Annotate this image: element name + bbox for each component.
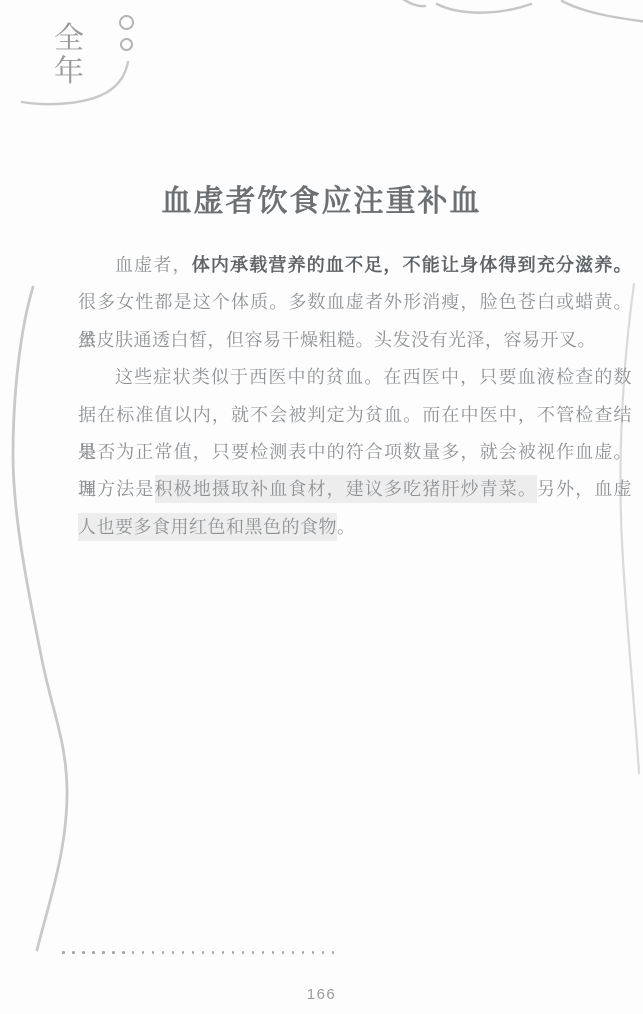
divider-dot xyxy=(112,951,115,954)
divider-dot xyxy=(222,951,225,954)
divider-dot xyxy=(242,951,245,954)
divider-dot xyxy=(292,951,295,954)
text-line: 是否为正常值，只要检测表中的符合项数量多，就会被视作血虚。调 xyxy=(78,434,632,471)
article-body: 血虚者，体内承载营养的血不足，不能让身体得到充分滋养。很多女性都是这个体质。多数… xyxy=(78,247,632,546)
paragraph: 这些症状类似于西医中的贫血。在西医中，只要血液检查的数据在标准值以内，就不会被判… xyxy=(78,359,632,546)
dotted-divider xyxy=(62,951,334,954)
divider-dot xyxy=(152,951,155,954)
divider-dot xyxy=(332,951,335,954)
text-line: 很多女性都是这个体质。多数血虚者外形消瘦，脸色苍白或蜡黄。虽 xyxy=(78,284,632,321)
divider-dot xyxy=(212,951,215,954)
left-decorative-curve xyxy=(13,287,67,950)
text-segment-highlight: 积极地摄取补血食材，建议多吃猪肝炒青菜。 xyxy=(155,475,538,503)
season-corner-label: 全年 xyxy=(54,22,88,88)
divider-dot xyxy=(262,951,265,954)
page-number: 166 xyxy=(0,986,643,1003)
text-segment-highlight: 人也要多食用红色和黑色的食物 xyxy=(78,513,337,541)
divider-dot xyxy=(92,951,95,954)
divider-dot xyxy=(162,951,165,954)
text-line: 据在标准值以内，就不会被判定为贫血。而在中医中，不管检查结果 xyxy=(78,397,632,434)
text-line: 血虚者，体内承载营养的血不足，不能让身体得到充分滋养。 xyxy=(78,247,632,284)
divider-dot xyxy=(142,951,145,954)
decorative-ring-icon xyxy=(120,38,133,51)
divider-dot xyxy=(202,951,205,954)
page-title: 血虚者饮食应注重补血 xyxy=(0,176,643,220)
book-page: 全年 血虚者饮食应注重补血 血虚者，体内承载营养的血不足，不能让身体得到充分滋养… xyxy=(0,0,643,1014)
divider-dot xyxy=(82,951,85,954)
decorative-ring-icon xyxy=(119,15,134,30)
paragraph: 血虚者，体内承载营养的血不足，不能让身体得到充分滋养。很多女性都是这个体质。多数… xyxy=(78,247,632,359)
text-line: 然皮肤通透白皙，但容易干燥粗糙。头发没有光泽，容易开叉。 xyxy=(78,322,632,359)
divider-dot xyxy=(252,951,255,954)
top-border-arc-left xyxy=(437,4,531,13)
text-segment-normal: 血虚者， xyxy=(115,255,192,275)
divider-dot xyxy=(72,951,75,954)
divider-dot xyxy=(272,951,275,954)
text-segment-normal: 理方法是 xyxy=(78,479,155,499)
divider-dot xyxy=(122,951,125,954)
divider-dot xyxy=(312,951,315,954)
divider-dot xyxy=(192,951,195,954)
top-border-arc-right xyxy=(562,1,643,22)
divider-dot xyxy=(282,951,285,954)
top-border-arc-tail xyxy=(396,0,425,6)
text-line: 这些症状类似于西医中的贫血。在西医中，只要血液检查的数 xyxy=(78,359,632,396)
divider-dot xyxy=(232,951,235,954)
divider-dot xyxy=(62,951,65,954)
text-line: 人也要多食用红色和黑色的食物。 xyxy=(78,509,632,546)
divider-dot xyxy=(172,951,175,954)
divider-dot xyxy=(302,951,305,954)
text-segment-normal: 。 xyxy=(337,517,356,537)
text-segment-normal: 然皮肤通透白皙，但容易干燥粗糙。头发没有光泽，容易开叉。 xyxy=(78,330,596,350)
divider-dot xyxy=(132,951,135,954)
text-line: 理方法是积极地摄取补血食材，建议多吃猪肝炒青菜。另外，血虚的 xyxy=(78,471,632,508)
divider-dot xyxy=(182,951,185,954)
divider-dot xyxy=(322,951,325,954)
text-segment-normal: 这些症状类似于西医中的贫血。在西医中，只要血液检查的数 xyxy=(115,367,632,387)
text-segment-bold: 体内承载营养的血不足，不能让身体得到充分滋养。 xyxy=(192,255,632,275)
divider-dot xyxy=(102,951,105,954)
